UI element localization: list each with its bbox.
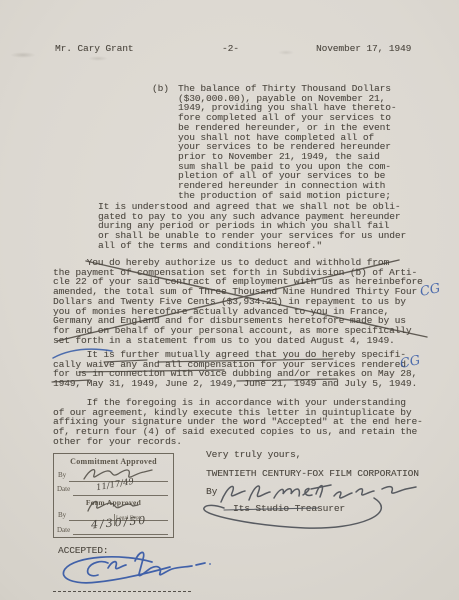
- paragraph-waiver: It is further mutually agreed that you d…: [53, 350, 417, 389]
- clause-b-label: (b): [152, 84, 169, 94]
- handwritten-date-2: 4/30/50: [91, 514, 148, 532]
- scanned-letter-page: Mr. Cary Grant -2- November 17, 1949 (b)…: [0, 0, 459, 600]
- stamp-form-approved-label: Form Approved: [54, 498, 173, 507]
- accepted-signature-line: [53, 583, 191, 592]
- paragraph-understood: It is understood and agreed that we shal…: [98, 202, 406, 251]
- pencil-smudge: [278, 50, 294, 55]
- cary-grant-signature: [63, 552, 210, 582]
- approval-stamp-box: Commitment Approved By Date 11/17/49 For…: [53, 453, 174, 538]
- signer-title: Its Studio Treasurer: [233, 504, 345, 514]
- by-label: By: [206, 487, 217, 497]
- stamp-date-line-2: [73, 534, 168, 535]
- header-date: November 17, 1949: [316, 44, 411, 54]
- stamp-by-label: By: [58, 471, 66, 479]
- pencil-smudge: [88, 56, 108, 61]
- paragraph-authorize-deduction: You do hereby authorize us to deduct and…: [53, 258, 423, 345]
- valediction: Very truly yours,: [206, 450, 301, 460]
- paragraph-execution-instructions: If the foregoing is in accordance with y…: [53, 398, 423, 447]
- header-addressee: Mr. Cary Grant: [55, 44, 133, 54]
- clause-b-text: The balance of Thirty Thousand Dollars (…: [178, 84, 396, 200]
- stamp-date-line: [73, 495, 168, 496]
- pencil-smudge: [10, 52, 36, 58]
- header-page-number: -2-: [222, 44, 239, 54]
- accepted-label: ACCEPTED:: [58, 546, 108, 556]
- stamp-date-label: Date: [57, 485, 70, 493]
- company-name: TWENTIETH CENTURY-FOX FILM CORPORATION: [206, 469, 419, 479]
- stamp-commitment-approved-label: Commitment Approved: [54, 457, 173, 466]
- handwritten-date-1: 11/17/49: [95, 477, 134, 493]
- stamp-date-label-2: Date: [57, 526, 70, 534]
- stamp-by-label-2: By: [58, 511, 66, 519]
